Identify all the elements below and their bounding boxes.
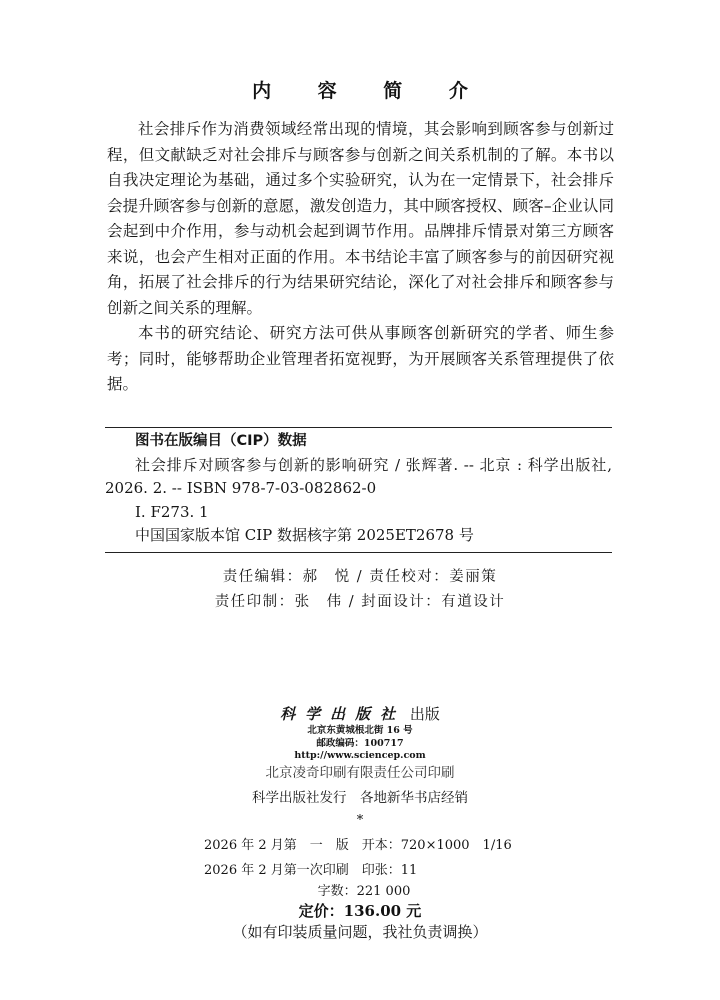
edition-line: 2026 年 2 月第 一 版 开本：720×1000 1/16 [204,833,512,858]
cip-heading: 图书在版编目（CIP）数据 [105,430,612,454]
publisher-name: 科学出版社 [280,705,405,723]
abstract-paragraph: 社会排斥作为消费领域经常出现的情境，其会影响到顾客参与创新过程，但文献缺乏对社会… [107,117,614,321]
cip-entry: 社会排斥对顾客参与创新的影响研究 / 张辉著. -- 北京 : 科学出版社, 2… [105,454,612,501]
distribution-line: 科学出版社发行 各地新华书店经销 [0,788,720,808]
edition-info: 2026 年 2 月第 一 版 开本：720×1000 1/16 2026 年 … [204,833,512,883]
exchange-note: （如有印装质量问题，我社负责调换） [0,921,720,943]
abstract-paragraph: 本书的研究结论、研究方法可供从事顾客创新研究的学者、师生参考；同时，能够帮助企业… [107,321,614,398]
publisher-block: 科学出版社 出版 北京东黄城根北街 16 号 邮政编码：100717 http:… [0,703,720,763]
publisher-suffix: 出版 [410,705,440,723]
printer-line: 北京凌奇印刷有限责任公司印刷 [0,763,720,783]
cip-classification: Ⅰ. F273. 1 [105,501,612,525]
credits-editor-line: 责任编辑：郝 悦 / 责任校对：姜丽策 [0,565,720,590]
credits: 责任编辑：郝 悦 / 责任校对：姜丽策 责任印制：张 伟 / 封面设计：有道设计 [0,565,720,615]
credits-print-line: 责任印制：张 伟 / 封面设计：有道设计 [0,590,720,615]
printing-line: 2026 年 2 月第一次印刷 印张：11 [204,858,512,883]
publisher-postcode: 邮政编码：100717 [0,738,720,751]
price: 定价：136.00 元 [0,900,720,922]
abstract-section: 社会排斥作为消费领域经常出现的情境，其会影响到顾客参与创新过程，但文献缺乏对社会… [107,117,614,398]
cip-verification: 中国国家版本馆 CIP 数据核字第 2025ET2678 号 [105,524,612,548]
separator-asterisk: * [0,813,720,829]
cip-data-block: 图书在版编目（CIP）数据 社会排斥对顾客参与创新的影响研究 / 张辉著. --… [105,427,612,553]
word-count: 字数：221 000 [0,882,720,902]
page-title: 内 容 简 介 [0,76,720,103]
publisher-address: 北京东黄城根北街 16 号 [0,725,720,738]
publisher-website: http://www.sciencep.com [0,750,720,763]
publisher-name-row: 科学出版社 出版 [0,703,720,725]
